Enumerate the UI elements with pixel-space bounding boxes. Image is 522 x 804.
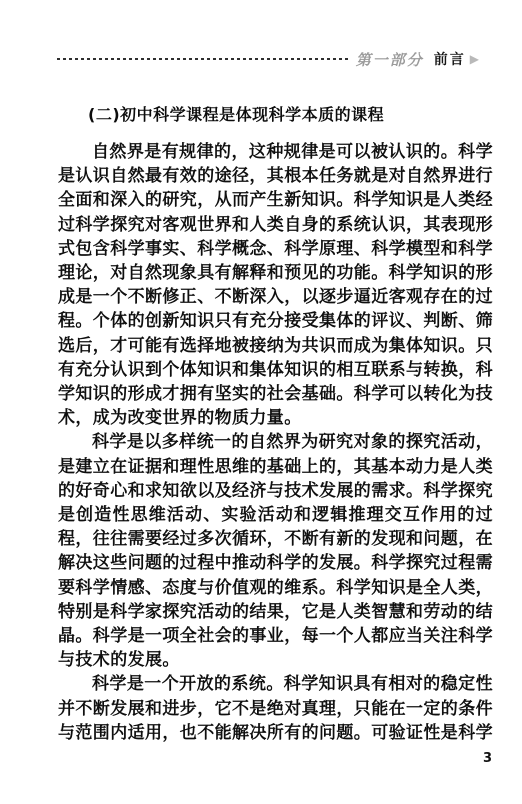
page-header: 第一部分 前言 ▶ [57, 50, 479, 68]
section-heading: (二)初中科学课程是体现科学本质的课程 [88, 102, 384, 125]
paragraph-2: 科学是以多样统一的自然界为研究对象的探究活动，是建立在证据和理性思维的基础上的，… [58, 430, 493, 672]
header-dotted-line [57, 58, 349, 60]
paragraph-1: 自然界是有规律的，这种规律是可以被认识的。科学是认识自然最有效的途径，其根本任务… [58, 140, 493, 430]
header-chapter-label: 前言 [434, 49, 466, 69]
book-page: 第一部分 前言 ▶ (二)初中科学课程是体现科学本质的课程 自然界是有规律的，这… [0, 0, 522, 804]
body-text: 自然界是有规律的，这种规律是可以被认识的。科学是认识自然最有效的途径，其根本任务… [58, 140, 493, 745]
paragraph-3: 科学是一个开放的系统。科学知识具有相对的稳定性并不断发展和进步，它不是绝对真理，… [58, 672, 493, 745]
arrow-right-icon: ▶ [470, 53, 479, 65]
header-section-label: 第一部分 [356, 49, 424, 70]
page-number: 3 [483, 751, 492, 766]
